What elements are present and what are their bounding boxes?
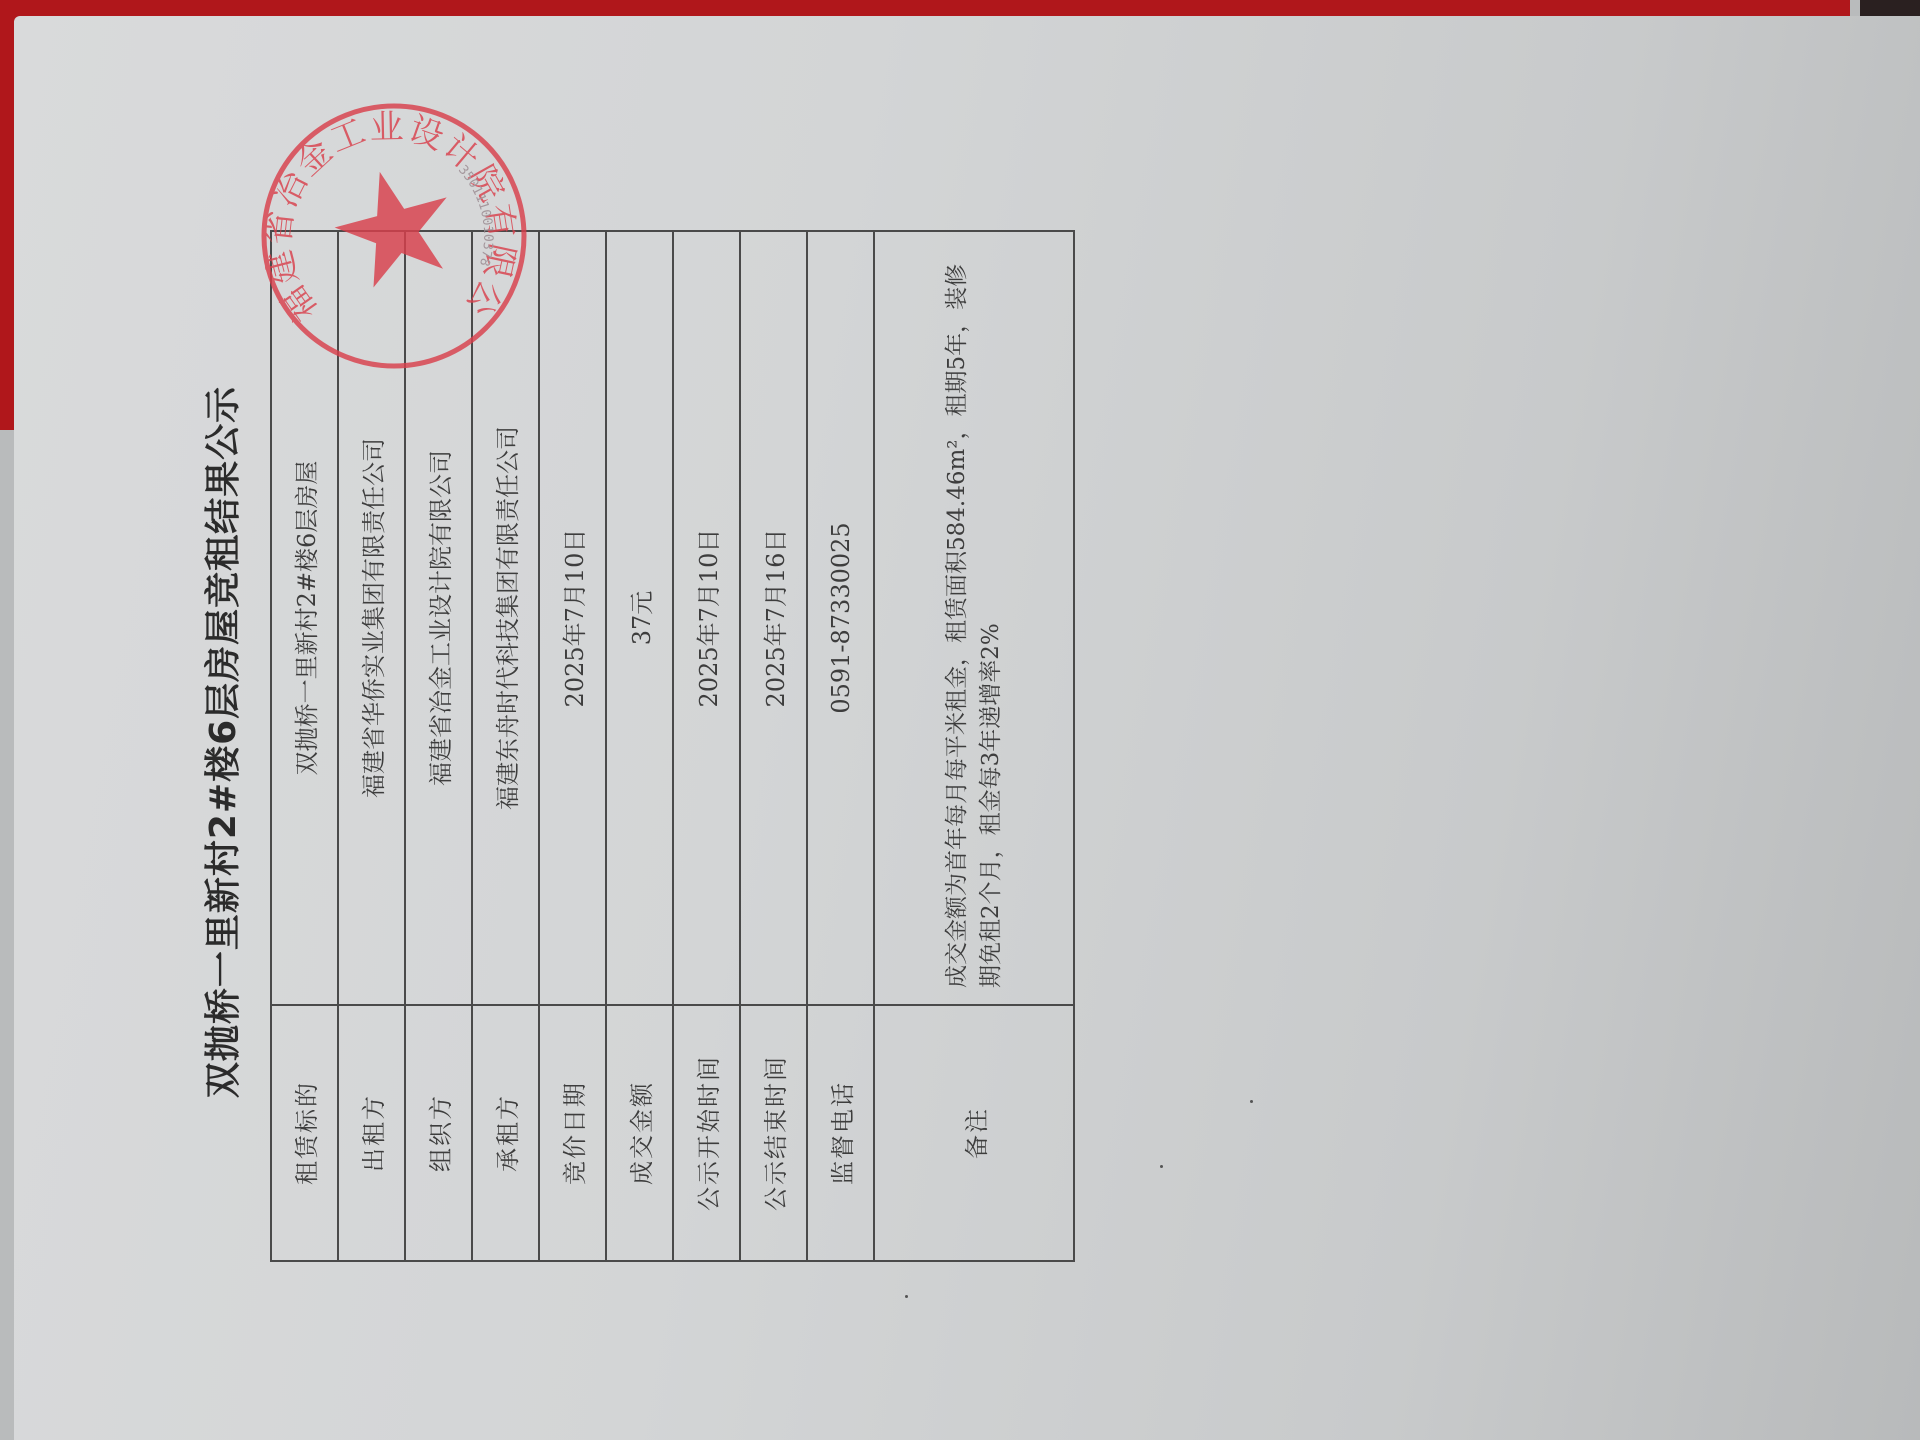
row-label: 组织方 bbox=[405, 1005, 472, 1261]
document-title: 双抛桥一里新村2#楼6层房屋竞租结果公示 bbox=[200, 222, 248, 1262]
row-label: 公示开始时间 bbox=[673, 1005, 740, 1261]
row-label: 监督电话 bbox=[807, 1005, 874, 1261]
row-value: 0591-87330025 bbox=[807, 231, 874, 1005]
row-value: 2025年7月10日 bbox=[539, 231, 606, 1005]
notice-document: 双抛桥一里新村2#楼6层房屋竞租结果公示 租赁标的双抛桥一里新村2#楼6层房屋出… bbox=[200, 222, 1100, 1262]
table-row: 公示开始时间2025年7月10日 bbox=[673, 231, 740, 1261]
row-label: 租赁标的 bbox=[271, 1005, 338, 1261]
star-icon bbox=[324, 157, 465, 293]
notes-value: 成交金额为首年每月每平米租金，租赁面积584.46m²，租期5年，装修期免租2个… bbox=[874, 231, 1074, 1005]
table-row: 公示结束时间2025年7月16日 bbox=[740, 231, 807, 1261]
row-value: 2025年7月10日 bbox=[673, 231, 740, 1005]
table-row: 出租方福建省华侨实业集团有限责任公司 bbox=[338, 231, 405, 1261]
notes-label: 备注 bbox=[874, 1005, 1074, 1261]
row-label: 承租方 bbox=[472, 1005, 539, 1261]
table-row: 成交金额37元 bbox=[606, 231, 673, 1261]
row-value: 37元 bbox=[606, 231, 673, 1005]
table-row: 承租方福建东舟时代科技集团有限责任公司 bbox=[472, 231, 539, 1261]
row-label: 竞价日期 bbox=[539, 1005, 606, 1261]
official-seal-icon: 福建省冶金工业设计院有限公司 3501110010378 bbox=[258, 100, 530, 372]
notice-table: 租赁标的双抛桥一里新村2#楼6层房屋出租方福建省华侨实业集团有限责任公司组织方福… bbox=[270, 230, 1075, 1262]
row-value: 2025年7月16日 bbox=[740, 231, 807, 1005]
table-row: 组织方福建省冶金工业设计院有限公司 bbox=[405, 231, 472, 1261]
row-label: 成交金额 bbox=[606, 1005, 673, 1261]
table-row: 租赁标的双抛桥一里新村2#楼6层房屋 bbox=[271, 231, 338, 1261]
notes-row: 备注成交金额为首年每月每平米租金，租赁面积584.46m²，租期5年，装修期免租… bbox=[874, 231, 1074, 1261]
row-label: 公示结束时间 bbox=[740, 1005, 807, 1261]
table-row: 竞价日期2025年7月10日 bbox=[539, 231, 606, 1261]
table-row: 监督电话0591-87330025 bbox=[807, 231, 874, 1261]
row-label: 出租方 bbox=[338, 1005, 405, 1261]
